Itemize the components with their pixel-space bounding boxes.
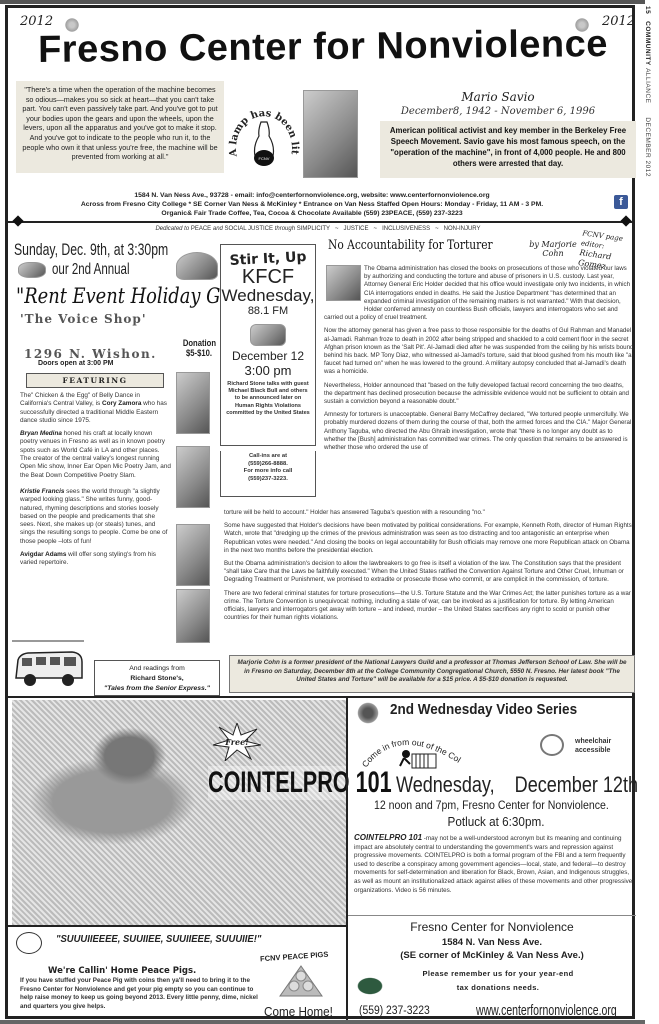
performer-name: Cory Zamora — [102, 400, 141, 407]
publication-name: COMMUNITY — [644, 21, 651, 66]
savio-quote: "There's a time when the operation of th… — [16, 81, 224, 173]
newsletter-page: 2012 2012 Fresno Center for Nonviolence … — [5, 5, 635, 1019]
pigs-label: FCNV PEACE PIGS — [260, 950, 329, 964]
footer-remember: Please remember us for your year-end tax… — [388, 967, 608, 995]
footer-org-name: Fresno Center for Nonviolence — [350, 920, 634, 934]
section-divider — [8, 696, 632, 698]
author-note: Marjorie Cohn is a former president of t… — [229, 655, 635, 693]
divider-diamond — [620, 215, 631, 226]
video-potluck: Potluck at 6:30pm. — [368, 814, 624, 829]
savio-name: Mario Savio — [363, 90, 633, 104]
contact-coffee-line: Organic& Fair Trade Coffee, Tea, Cocoa &… — [12, 209, 612, 218]
performer-text: honed his craft at locally known poetry … — [20, 430, 171, 478]
column-divider — [346, 698, 348, 1024]
article-paragraph: Amnesty for torturers is unacceptable. G… — [324, 411, 634, 452]
performer-name: Avigdar Adams — [20, 551, 66, 558]
gala-venue: 'The Voice Shop' — [20, 312, 147, 326]
tax-line: tax donations needs. — [388, 981, 608, 995]
film-icon — [356, 702, 380, 724]
readings-title: "Tales from the Senior Express." — [95, 684, 219, 694]
motto-sep: ~ — [374, 226, 378, 232]
contact-hours-line: Across from Fresno City College * SE Cor… — [12, 200, 612, 209]
radio-description: Richard Stone talks with guest Michael B… — [221, 378, 315, 420]
donation-label: Donation — [183, 338, 215, 348]
wheelchair-label: wheelchair accessible — [575, 737, 635, 755]
video-desc-lead: COINTELPRO 101 — [354, 833, 422, 842]
publication-alliance: ALLIANCE — [644, 68, 651, 103]
pigs-body: If you have stuffed your Peace Pig with … — [20, 977, 260, 1012]
article-paragraph: There are two federal criminal statutes … — [224, 590, 634, 623]
header-divider — [8, 221, 632, 223]
rule — [348, 915, 636, 916]
pig-pyramid-icon — [278, 964, 324, 1000]
radio-box: Stir It, Up KFCF Wednesday, 88.1 FM Dece… — [220, 244, 316, 446]
bryan-photo — [176, 446, 210, 508]
radio-icon — [250, 324, 286, 346]
free-burst: Free! — [213, 723, 261, 761]
video-description: COINTELPRO 101 -may not be a well-unders… — [354, 834, 636, 895]
svg-text:Come in from out of the Cold: Come in from out of the Cold — [358, 724, 463, 769]
lamp-icon: A lamp has been lit FCNV — [228, 90, 300, 178]
article-headline: No Accountability for Torturer — [328, 238, 493, 253]
dove-icon — [355, 976, 385, 996]
come-in-text: Come in from out of the Cold — [358, 724, 463, 769]
video-day: Wednesday, — [396, 772, 495, 797]
gala-address: 1296 N. Wishon. — [24, 347, 157, 361]
radio-callins: Call-ins are at (559)266-8888. — [239, 453, 297, 468]
cory-photo — [176, 372, 210, 434]
gala-doors: Doors open at 3:00 PM — [38, 360, 113, 367]
performer-text: sees the world through "a slightly warpe… — [20, 488, 167, 545]
video-day-date: Wednesday, December 12th — [396, 772, 593, 798]
motto-sep: ~ — [335, 226, 339, 232]
top-rule — [0, 0, 645, 4]
article-body: The Obama administration has closed the … — [324, 265, 634, 457]
footer-phone: (559) 237-3223 — [359, 1005, 430, 1017]
section-divider — [8, 925, 347, 927]
issue-date: DECEMBER 2012 — [644, 117, 651, 177]
performer-name: Bryan Medina — [20, 430, 62, 437]
year-left: 2012 — [20, 14, 53, 29]
footer-address: 1584 N. Van Ness Ave. — [350, 937, 634, 948]
facebook-icon[interactable]: f — [614, 195, 628, 209]
svg-text:FCNV: FCNV — [259, 156, 270, 161]
savio-bio: American political activist and key memb… — [380, 121, 636, 178]
performer-list: The" Chicken & the Egg" of Belly Dance i… — [20, 392, 172, 573]
featuring-banner: FEATURING — [26, 373, 164, 388]
footer-website[interactable]: www.centerfornonviolence.org — [476, 1002, 617, 1019]
motto-value: JUSTICE — [344, 226, 369, 232]
video-times: 12 noon and 7pm, Fresno Center for Nonvi… — [374, 798, 609, 812]
motto-peace: PEACE — [191, 226, 211, 232]
motto-sep: ~ — [435, 226, 439, 232]
article-paragraph: Nevertheless, Holder announced that "bas… — [324, 382, 634, 407]
motto-through: through — [275, 226, 295, 232]
article-paragraph: torture will be held to account." Holder… — [224, 509, 634, 517]
readings-line: And readings from — [95, 664, 219, 674]
dancer-icon — [176, 252, 218, 280]
motto-value: SIMPLICITY — [297, 226, 330, 232]
remember-line: Please remember us for your year-end — [388, 967, 608, 981]
performer-name: Kristie Francis — [20, 488, 64, 495]
video-desc-text: -may not be a well-understood acronym bu… — [354, 835, 632, 894]
video-date: December 12th — [515, 772, 638, 797]
footer-corner: (SE corner of McKinley & Van Ness Ave.) — [350, 950, 634, 961]
radio-day: Wednesday, — [221, 287, 315, 305]
donation-amount: $5-$10. — [183, 348, 215, 358]
radio-station: KFCF — [221, 267, 315, 287]
page-number: 15 — [644, 6, 651, 14]
avigdar-photo — [176, 589, 210, 643]
radio-more-info: For more info call (559)237-3223. — [239, 468, 297, 483]
kristie-photo — [176, 524, 210, 586]
cake-icon — [18, 262, 46, 278]
bottom-rule — [0, 1020, 645, 1024]
come-home: Come Home! — [264, 1004, 333, 1019]
article-paragraph: But the Obama administration's decision … — [224, 560, 634, 585]
article-paragraph: The Obama administration has closed the … — [324, 265, 634, 322]
gala-date: Sunday, Dec. 9th, at 3:30pm — [14, 240, 201, 260]
gala-annual: our 2nd Annual — [52, 261, 182, 279]
radio-date: December 12 — [221, 350, 315, 363]
side-margin: 15 COMMUNITY ALLIANCE DECEMBER 2012 — [644, 6, 651, 177]
wheelchair-icon — [540, 734, 564, 756]
performer-cory: The" Chicken & the Egg" of Belly Dance i… — [20, 392, 172, 425]
contact-address-line: 1584 N. Van Ness Ave., 93728 - email: in… — [12, 191, 612, 200]
readings-author: Richard Stone's, — [95, 674, 219, 684]
lamp-logo: A lamp has been lit FCNV — [228, 90, 300, 178]
article-body-wide: torture will be held to account." Holder… — [224, 509, 634, 627]
photo-spacer — [324, 265, 364, 307]
cointelpro-illustration — [12, 700, 347, 925]
article-paragraph: Some have suggested that Holder's decisi… — [224, 522, 634, 555]
radio-frequency: 88.1 FM — [221, 305, 315, 318]
article-byline: by Marjorie Cohn — [528, 240, 578, 258]
motto-value: NON-INJURY — [444, 226, 481, 232]
performer-bryan: Bryan Medina honed his craft at locally … — [20, 430, 172, 480]
pigs-heading: We're Callin' Home Peace Pigs. — [48, 966, 196, 976]
radio-time: 3:00 pm — [221, 363, 315, 378]
performer-kristie: Kristie Francis sees the world through "… — [20, 488, 172, 546]
gala-donation: Donation $5-$10. — [183, 338, 215, 358]
pig-face-icon — [16, 932, 42, 954]
performer-avigdar: Avigdar Adams will offer song styling's … — [20, 551, 172, 568]
pig-squeal: "SUUUIIEEEE, SUUIIEE, SUUIIEEE, SUUUIIE!… — [56, 933, 261, 945]
article-paragraph: Now the attorney general has given a fre… — [324, 327, 634, 376]
motto-and: and — [213, 226, 223, 232]
savio-dates: December8, 1942 - November 6, 1996 — [363, 106, 633, 117]
video-series-title: 2nd Wednesday Video Series — [390, 701, 577, 718]
motto-prefix: Dedicated to — [155, 226, 189, 232]
free-label: Free! — [224, 737, 249, 747]
radio-contact: Call-ins are at (559)266-8888. For more … — [220, 451, 316, 497]
motto-social: SOCIAL JUSTICE — [225, 226, 273, 232]
contact-info: 1584 N. Van Ness Ave., 93728 - email: in… — [12, 191, 612, 218]
motto-value: INCLUSIVENESS — [382, 226, 430, 232]
come-in-arc: Come in from out of the Cold — [358, 724, 468, 776]
savio-photo — [303, 90, 358, 178]
page-title: Fresno Center for Nonviolence — [20, 23, 626, 72]
bus-icon — [12, 648, 86, 690]
readings-box: And readings from Richard Stone's, "Tale… — [94, 660, 220, 696]
rule — [12, 640, 84, 642]
motto-line: Dedicated to PEACE and SOCIAL JUSTICE th… — [88, 226, 548, 232]
